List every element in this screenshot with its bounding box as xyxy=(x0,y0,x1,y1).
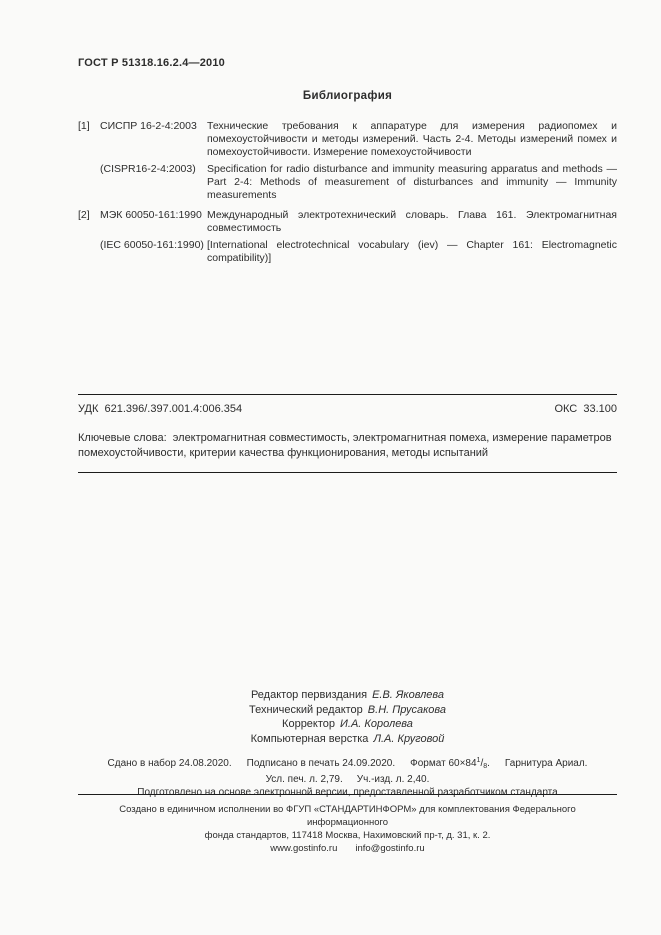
horizontal-rule-top xyxy=(78,394,617,395)
horizontal-rule-middle xyxy=(78,472,617,473)
publisher-block: Создано в единичном исполнении во ФГУП «… xyxy=(78,803,617,855)
credit-line: Технический редакторВ.Н. Прусакова xyxy=(78,703,617,718)
credit-role: Корректор xyxy=(282,718,335,730)
publisher-contacts: www.gostinfo.ruinfo@gostinfo.ru xyxy=(78,842,617,855)
bib-entry-text: Международный электротехнический словарь… xyxy=(207,209,617,235)
bib-entry-label: [1] xyxy=(78,120,100,159)
credit-line: КорректорИ.А. Королева xyxy=(78,717,617,732)
credit-name: И.А. Королева xyxy=(340,718,413,730)
bib-entry-ref: МЭК 60050-161:1990 xyxy=(100,209,207,235)
bibliography-entry-2-en: (IEC 60050-161:1990) [International elec… xyxy=(78,239,617,265)
credit-name: Е.В. Яковлева xyxy=(372,689,444,701)
imprint-pub-sheets: Уч.-изд. л. 2,40. xyxy=(357,774,430,785)
bib-entry-ref-en: (IEC 60050-161:1990) xyxy=(100,239,207,265)
section-title: Библиография xyxy=(78,90,617,102)
imprint-line-2: Усл. печ. л. 2,79.Уч.-изд. л. 2,40. xyxy=(78,773,617,786)
credit-line: Компьютерная версткаЛ.А. Круговой xyxy=(78,732,617,747)
publisher-line-1: Создано в единичном исполнении во ФГУП «… xyxy=(78,803,617,829)
bibliography-entry-2-ru: [2] МЭК 60050-161:1990 Международный эле… xyxy=(78,209,617,235)
bib-entry-text-en: [International electrotechnical vocabula… xyxy=(207,239,617,265)
imprint-set-date: Сдано в набор 24.08.2020. xyxy=(108,758,232,769)
imprint-line-1: Сдано в набор 24.08.2020.Подписано в печ… xyxy=(78,754,617,773)
publisher-email: info@gostinfo.ru xyxy=(355,843,424,854)
document-page: ГОСТ Р 51318.16.2.4—2010 Библиография [1… xyxy=(0,0,661,935)
publisher-website: www.gostinfo.ru xyxy=(270,843,337,854)
imprint-print-date: Подписано в печать 24.09.2020. xyxy=(247,758,395,769)
oks-code: ОКС 33.100 xyxy=(554,403,617,415)
bib-entry-text-en: Specification for radio disturbance and … xyxy=(207,163,617,202)
udk-code: УДК 621.396/.397.001.4:006.354 xyxy=(78,403,242,415)
bibliography-entry-1-en: (CISPR16-2-4:2003) Specification for rad… xyxy=(78,163,617,202)
credit-name: Л.А. Круговой xyxy=(373,733,444,745)
bib-entry-label-empty xyxy=(78,239,100,265)
credit-role: Редактор первиздания xyxy=(251,689,367,701)
credits-block: Редактор первизданияЕ.В. Яковлева Технич… xyxy=(78,688,617,746)
bibliography-list: [1] СИСПР 16-2-4:2003 Технические требов… xyxy=(78,120,617,272)
bibliography-entry-1-ru: [1] СИСПР 16-2-4:2003 Технические требов… xyxy=(78,120,617,159)
bib-entry-ref: СИСПР 16-2-4:2003 xyxy=(100,120,207,159)
format-end: . xyxy=(487,758,490,769)
credit-role: Компьютерная верстка xyxy=(251,733,369,745)
credit-role: Технический редактор xyxy=(249,704,363,716)
imprint-format: Формат 60×841/8. xyxy=(410,758,490,769)
imprint-block: Сдано в набор 24.08.2020.Подписано в печ… xyxy=(78,754,617,799)
publisher-line-2: фонда стандартов, 117418 Москва, Нахимов… xyxy=(78,829,617,842)
bib-entry-ref-en: (CISPR16-2-4:2003) xyxy=(100,163,207,202)
imprint-cond-sheets: Усл. печ. л. 2,79. xyxy=(266,774,343,785)
bib-entry-text: Технические требования к аппаратуре для … xyxy=(207,120,617,159)
keywords-paragraph: Ключевые слова: электромагнитная совмест… xyxy=(78,431,617,461)
bib-entry-label-empty xyxy=(78,163,100,202)
classification-line: УДК 621.396/.397.001.4:006.354 ОКС 33.10… xyxy=(78,403,617,415)
credit-line: Редактор первизданияЕ.В. Яковлева xyxy=(78,688,617,703)
imprint-typeface: Гарнитура Ариал. xyxy=(505,758,588,769)
imprint-note: Подготовлено на основе электронной верси… xyxy=(78,786,617,799)
bib-entry-label: [2] xyxy=(78,209,100,235)
credit-name: В.Н. Прусакова xyxy=(368,704,446,716)
doc-code: ГОСТ Р 51318.16.2.4—2010 xyxy=(78,57,617,69)
horizontal-rule-bottom xyxy=(78,794,617,795)
